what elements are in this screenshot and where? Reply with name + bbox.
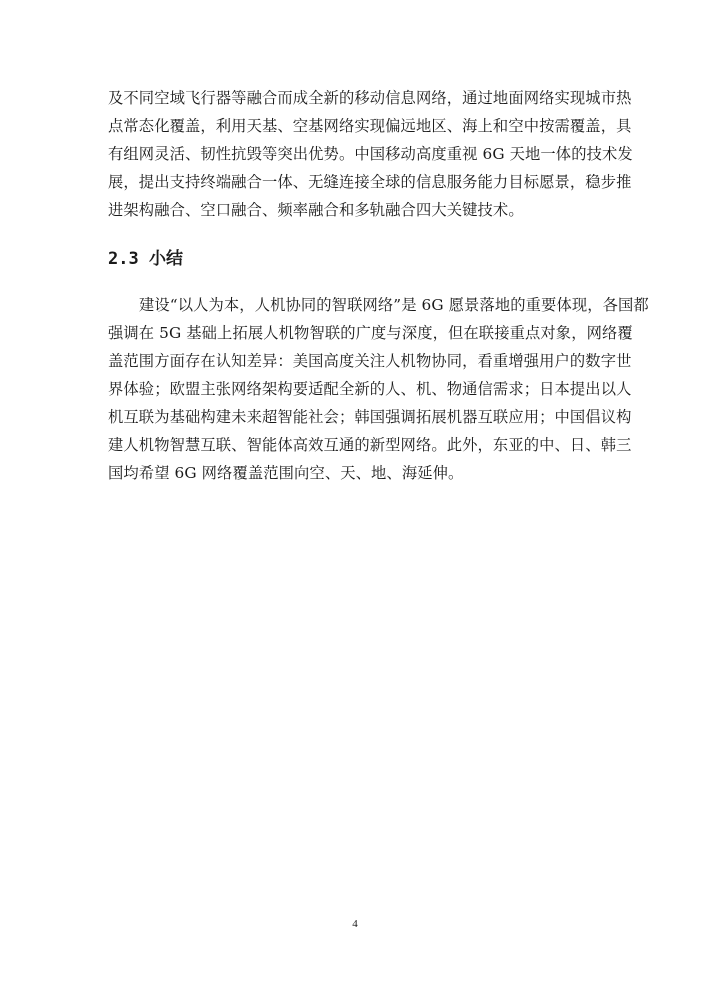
text-line: 强调在 5G 基础上拓展人机物智联的广度与深度，但在联接重点对象，网络覆 (108, 319, 604, 347)
paragraph-summary: 建设“以人为本，人机协同的智联网络”是 6G 愿景落地的重要体现，各国都 强调在… (108, 291, 604, 487)
text-line: 机互联为基础构建未来超智能社会；韩国强调拓展机器互联应用；中国倡议构 (108, 403, 604, 431)
text-line: 进架构融合、空口融合、频率融合和多轨融合四大关键技术。 (108, 196, 604, 224)
text-line: 盖范围方面存在认知差异：美国高度关注人机物协同，看重增强用户的数字世 (108, 347, 604, 375)
document-page: 及不同空域飞行器等融合而成全新的移动信息网络，通过地面网络实现城市热 点常态化覆… (0, 0, 710, 1004)
page-number: 4 (0, 918, 710, 930)
text-line: 点常态化覆盖，利用天基、空基网络实现偏远地区、海上和空中按需覆盖，具 (108, 112, 604, 140)
text-line: 有组网灵活、韧性抗毁等突出优势。中国移动高度重视 6G 天地一体的技术发 (108, 140, 604, 168)
text-line: 展，提出支持终端融合一体、无缝连接全球的信息服务能力目标愿景，稳步推 (108, 168, 604, 196)
paragraph-space-air-ground-network: 及不同空域飞行器等融合而成全新的移动信息网络，通过地面网络实现城市热 点常态化覆… (108, 84, 604, 224)
text-line: 建人机物智慧互联、智能体高效互通的新型网络。此外，东亚的中、日、韩三 (108, 431, 604, 459)
text-line: 界体验；欧盟主张网络架构要适配全新的人、机、物通信需求；日本提出以人 (108, 375, 604, 403)
text-line: 及不同空域飞行器等融合而成全新的移动信息网络，通过地面网络实现城市热 (108, 84, 604, 112)
section-heading: 2.3 小结 (108, 244, 183, 269)
text-line: 建设“以人为本，人机协同的智联网络”是 6G 愿景落地的重要体现，各国都 (108, 291, 604, 319)
text-line: 国均希望 6G 网络覆盖范围向空、天、地、海延伸。 (108, 459, 604, 487)
